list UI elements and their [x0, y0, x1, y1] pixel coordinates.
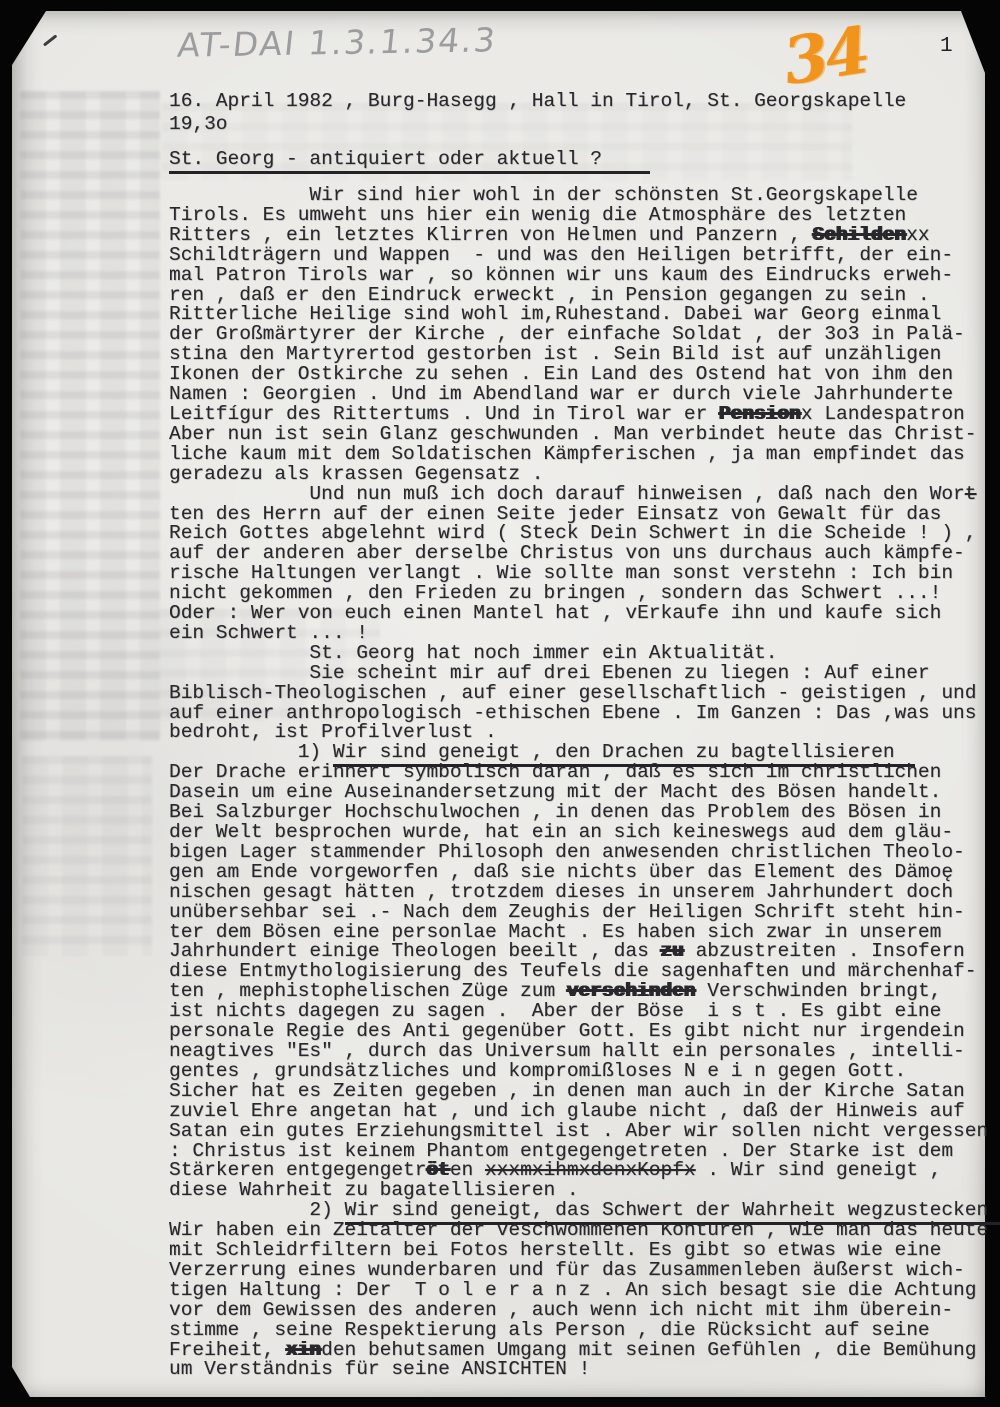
typed-line: 2) Wir sind geneigt, das Schwert der Wah…	[169, 1201, 1000, 1221]
typed-text-block: 16. April 1982 , Burg-Hasegg , Hall in T…	[169, 90, 1000, 1380]
typed-line: Wir haben ein Zeitalter der veschwommene…	[169, 1221, 1000, 1241]
typed-line: liche kaum mit dem Soldatischen Kämpferi…	[169, 445, 1000, 465]
typed-line: mal Patron Tirols war , so können wir un…	[169, 266, 1000, 286]
typed-line: Leitfígur des Rittertums . Und in Tirol …	[169, 405, 1000, 425]
typed-line: Wir sind hier wohl in der schönsten St.G…	[169, 186, 1000, 206]
typed-line: Stärkeren entgegengetröten xxxmxihmxdenx…	[169, 1161, 1000, 1181]
typed-line: Sie scheint mir auf drei Ebenen zu liege…	[169, 664, 1000, 684]
typed-line: ter dem Bösen eine personlae Macht . Es …	[169, 923, 1000, 943]
typed-line: gentes , grundsätzliches und kompromißlo…	[169, 1062, 1000, 1082]
typed-line: der Welt besprochen wurde, hat ein an si…	[169, 823, 1000, 843]
typed-line: um Verständnis für seine ANSICHTEN !	[169, 1360, 1000, 1380]
typed-line: 1) Wir sind geneigt , den Drachen zu bag…	[169, 743, 1000, 763]
typed-line: Bei Salzburger Hochschulwochen , in dene…	[169, 803, 1000, 823]
document-title: St. Georg - antiquiert oder aktuell ?	[169, 148, 650, 174]
time-line: 19,3o	[169, 113, 1000, 136]
scan-background: { "page": { "archive_ref": "AT-DAI 1.3.1…	[0, 0, 1000, 1407]
typed-line: Reich Gottes abgelehnt wird ( Steck Dein…	[169, 524, 1000, 544]
bleedthrough-texture	[22, 756, 152, 956]
typed-line: diese Entmythologisierung des Teufels di…	[169, 962, 1000, 982]
typed-line: diese Wahrheit zu bagatellisieren .	[169, 1181, 1000, 1201]
title-line: St. Georg - antiquiert oder aktuell ?	[169, 148, 1000, 171]
typed-line: vor dem Gewissen des anderen , auch wenn…	[169, 1301, 1000, 1321]
typed-line: rische Haltungen verlangt . Wie sollte m…	[169, 564, 1000, 584]
archive-reference-handwritten: AT-DAI 1.3.1.34.3	[176, 20, 499, 65]
typed-line: Und nun muß ich doch darauf hinweisen , …	[169, 485, 1000, 505]
typed-line: Satan ein gutes Erziehungsmittel ist . A…	[169, 1122, 1000, 1142]
typed-line: Ikonen der Ostkirche zu sehen . Ein Land…	[169, 365, 1000, 385]
typed-line: Ritterliche Heilige sind wohl im,Ruhesta…	[169, 305, 1000, 325]
typed-line: unübersehbar sei .- Nach dem Zeughis der…	[169, 903, 1000, 923]
typed-line: ein Schwert ... !	[169, 624, 1000, 644]
typed-line: tigen Haltung : Der T o l e r a n z . An…	[169, 1281, 1000, 1301]
typed-line: mit Schleidrfiltern bei Fotos herstellt.…	[169, 1241, 1000, 1261]
bleedthrough-texture	[20, 91, 160, 741]
scan-corner-shadow	[12, 1367, 30, 1397]
scan-corner-shadow	[961, 11, 985, 73]
typed-line: : Christus ist keinem Phantom entgegenge…	[169, 1142, 1000, 1162]
typed-line: Namen : Georgien . Und im Abendland war …	[169, 385, 1000, 405]
typed-body: Wir sind hier wohl in der schönsten St.G…	[169, 186, 1000, 1380]
typed-line: geradezu als krassen Gegensatz .	[169, 465, 1000, 485]
typed-line: stina den Martyrertod gestorben ist . Se…	[169, 345, 1000, 365]
typed-line: neagtives "Es" , durch das Universum hal…	[169, 1042, 1000, 1062]
typed-line: Tirols. Es umweht uns hier ein wenig die…	[169, 206, 1000, 226]
typed-line: Der Drache erinnert symbolisch daran , d…	[169, 763, 1000, 783]
typed-line: Jahrhundert einige Theologen beeilt , da…	[169, 942, 1000, 962]
typed-line: Schildträgern und Wappen - und was den H…	[169, 246, 1000, 266]
typed-line: Aber nun ist sein Glanz geschwunden . Ma…	[169, 425, 1000, 445]
typed-line: Freiheit, xinden behutsamen Umgang mit s…	[169, 1341, 1000, 1361]
typed-line: nischen gesagt hätten , trotzdem dieses …	[169, 883, 1000, 903]
typed-line: ist nichts dagegen zu sagen . Aber der B…	[169, 1002, 1000, 1022]
typed-line: Dasein um eine Auseinandersetzung mit de…	[169, 783, 1000, 803]
typed-line: Oder : Wer von euch einen Mantel hat , v…	[169, 604, 1000, 624]
typed-line: nicht gekommen , den Frieden zu bringen …	[169, 584, 1000, 604]
folio-number-handwritten: 34	[779, 13, 873, 100]
typed-line: Ritters , ein letztes Klirren von Helmen…	[169, 226, 1000, 246]
typed-line: bedroht, ist Profilverlust .	[169, 723, 1000, 743]
typed-line: Biblisch-Theologischen , auf einer gesel…	[169, 684, 1000, 704]
typed-line: ten , mephistophelischen Züge zum versch…	[169, 982, 1000, 1002]
typed-line: ten des Herrn auf der einen Seite jeder …	[169, 505, 1000, 525]
typed-line: auf der anderen aber derselbe Christus v…	[169, 544, 1000, 564]
typed-line: gen am Ende vorgeworfen , daß sie nichts…	[169, 863, 1000, 883]
pen-mark	[43, 34, 57, 46]
typed-line: Verzerrung eines wunderbaren und für das…	[169, 1261, 1000, 1281]
typed-line: stimme , seine Respektierung als Person …	[169, 1321, 1000, 1341]
page-number: 1	[940, 35, 953, 58]
scan-corner-shadow	[12, 11, 46, 65]
typed-line: bigen Lager stammender Philosoph den anw…	[169, 843, 1000, 863]
typed-line: ren , daß er den Eindruck erweckt , in P…	[169, 286, 1000, 306]
scanned-paper: AT-DAI 1.3.1.34.3 34 1 16. April 1982 , …	[12, 11, 985, 1397]
typed-line: St. Georg hat noch immer ein Aktualität.	[169, 644, 1000, 664]
typed-line: auf einer anthropologisch -ethischen Ebe…	[169, 704, 1000, 724]
typed-line: zuviel Ehre angetan hat , und ich glaube…	[169, 1102, 1000, 1122]
typed-line: Sicher hat es Zeiten gegeben , in denen …	[169, 1082, 1000, 1102]
dateline: 16. April 1982 , Burg-Hasegg , Hall in T…	[169, 90, 1000, 113]
typed-line: personale Regie des Anti gegenüber Gott.…	[169, 1022, 1000, 1042]
typed-line: der Großmärtyrer der Kirche , der einfac…	[169, 325, 1000, 345]
